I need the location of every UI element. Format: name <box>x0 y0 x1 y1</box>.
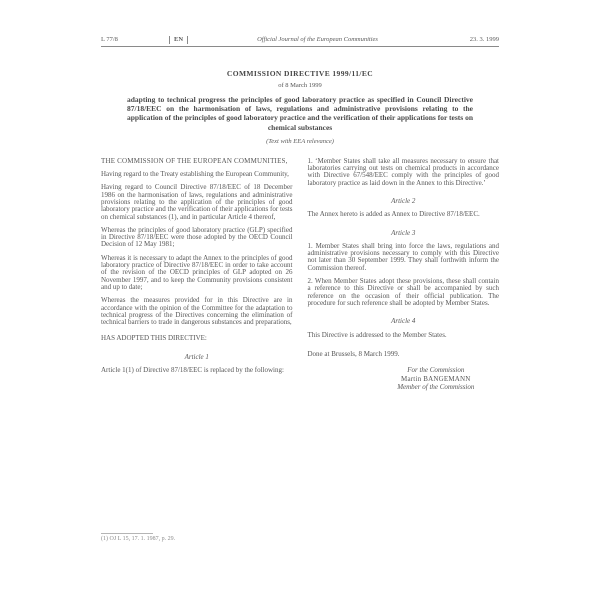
signature-for-line: For the Commission <box>373 366 499 375</box>
recital-1: Whereas the principles of good laborator… <box>101 227 293 249</box>
language-code: EN <box>169 36 188 44</box>
journal-header: L 77/8 EN Official Journal of the Europe… <box>101 36 499 47</box>
signatory-name: Martin BANGEMANN <box>373 375 499 384</box>
directive-title: COMMISSION DIRECTIVE 1999/11/EC <box>101 69 499 78</box>
issue-date: 23. 3. 1999 <box>447 36 499 44</box>
citation-directive: Having regard to Council Directive 87/18… <box>101 184 293 220</box>
article-1-quoted-text: 1. ‘Member States shall take all measure… <box>308 158 500 187</box>
done-at-line: Done at Brussels, 8 March 1999. <box>308 351 500 358</box>
article-3-heading: Article 3 <box>308 230 500 237</box>
preamble-opening: THE COMMISSION OF THE EUROPEAN COMMUNITI… <box>101 158 293 165</box>
article-2-text: The Annex hereto is added as Annex to Di… <box>308 211 500 218</box>
title-block: COMMISSION DIRECTIVE 1999/11/EC of 8 Mar… <box>101 69 499 145</box>
signatory-role: Member of the Commission <box>373 383 499 392</box>
recital-3: Whereas the measures provided for in thi… <box>101 297 293 326</box>
article-3-paragraph-2: 2. When Member States adopt these provis… <box>308 278 500 307</box>
article-4-text: This Directive is addressed to the Membe… <box>308 332 500 339</box>
footnote-block: (1) OJ L 15, 17. 1. 1987, p. 29. <box>101 533 291 542</box>
journal-page: L 77/8 EN Official Journal of the Europe… <box>0 0 600 600</box>
article-4-heading: Article 4 <box>308 318 500 325</box>
article-1-intro: Article 1(1) of Directive 87/18/EEC is r… <box>101 367 293 374</box>
left-column: THE COMMISSION OF THE EUROPEAN COMMUNITI… <box>101 158 293 392</box>
directive-subject: adapting to technical progress the princ… <box>127 95 473 132</box>
journal-title: Official Journal of the European Communi… <box>188 36 447 44</box>
article-1-heading: Article 1 <box>101 354 293 361</box>
page-reference: L 77/8 <box>101 36 147 44</box>
recital-2: Whereas it is necessary to adapt the Ann… <box>101 255 293 291</box>
enacting-formula: HAS ADOPTED THIS DIRECTIVE: <box>101 335 293 342</box>
body-columns: THE COMMISSION OF THE EUROPEAN COMMUNITI… <box>101 158 499 392</box>
footnote: (1) OJ L 15, 17. 1. 1987, p. 29. <box>101 536 291 542</box>
citation-treaty: Having regard to the Treaty establishing… <box>101 171 293 178</box>
article-3-paragraph-1: 1. Member States shall bring into force … <box>308 243 500 272</box>
footnote-rule <box>101 533 153 534</box>
signature-block: For the Commission Martin BANGEMANN Memb… <box>373 366 499 392</box>
page-content: L 77/8 EN Official Journal of the Europe… <box>101 0 499 392</box>
eea-relevance-note: (Text with EEA relevance) <box>101 138 499 145</box>
article-2-heading: Article 2 <box>308 198 500 205</box>
right-column: 1. ‘Member States shall take all measure… <box>308 158 500 392</box>
directive-date-line: of 8 March 1999 <box>101 82 499 89</box>
